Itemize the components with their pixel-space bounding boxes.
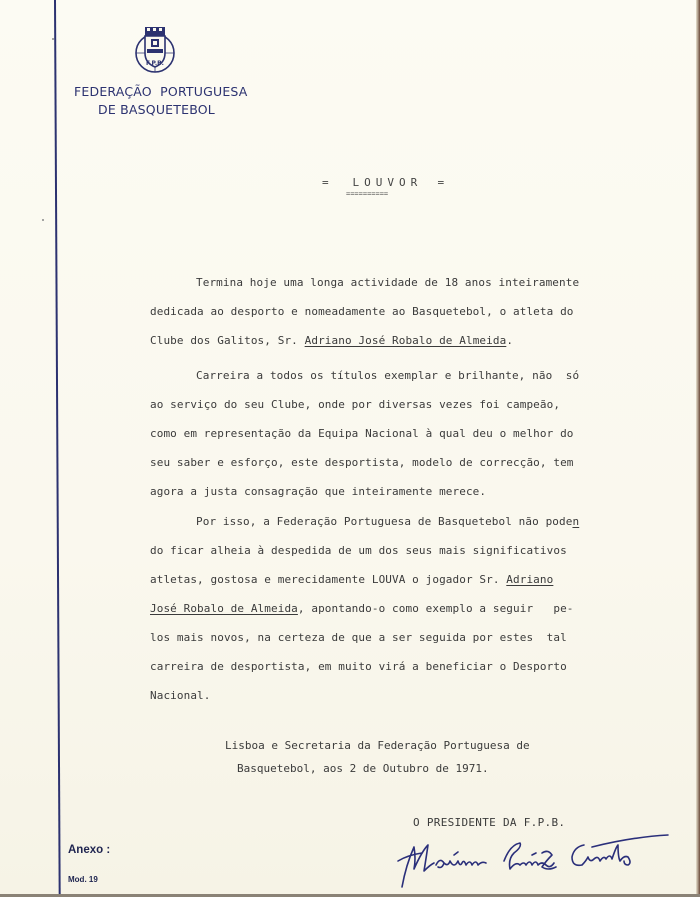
fpb-crest-icon: F.P.B. <box>134 25 176 75</box>
text-line: Termina hoje uma longa actividade de 18 … <box>150 268 630 297</box>
title-underline: ========== <box>346 190 388 198</box>
organization-name: FEDERAÇÃO PORTUGUESA DE BASQUETEBOL <box>74 83 239 119</box>
handwritten-signature <box>392 825 682 895</box>
text-span: atletas, gostosa e merecidamente LOUVA o… <box>150 573 506 586</box>
text-line: atletas, gostosa e merecidamente LOUVA o… <box>150 565 630 594</box>
text-span: , apontando-o como exemplo a seguir pe- <box>298 602 574 615</box>
org-name-line1: FEDERAÇÃO PORTUGUESA <box>74 83 239 101</box>
form-code: Mod. 19 <box>68 875 98 884</box>
athlete-name: Adriano José Robalo de Almeida <box>305 334 507 347</box>
text-line: carreira de desportista, em muito virá a… <box>150 652 630 681</box>
text-span: . <box>506 334 513 347</box>
text-line: dedicada ao desporto e nomeadamente ao B… <box>150 297 630 326</box>
closing-place-date: Lisboa e Secretaria da Federação Portugu… <box>225 734 530 780</box>
margin-rule <box>54 0 61 897</box>
paragraph-3: Por isso, a Federação Portuguesa de Basq… <box>150 507 630 710</box>
text-line: José Robalo de Almeida, apontando-o como… <box>150 594 630 623</box>
text-line: ao serviço do seu Clube, onde por divers… <box>150 390 630 419</box>
document-title: = LOUVOR = <box>322 176 445 189</box>
paper-edge-right <box>696 0 700 897</box>
annex-label: Anexo : <box>68 844 110 856</box>
paper-speck <box>52 38 54 40</box>
text-line: do ficar alheia à despedida de um dos se… <box>150 536 630 565</box>
text-span: Clube dos Galitos, Sr. <box>150 334 305 347</box>
text-line: Carreira a todos os títulos exemplar e b… <box>150 361 630 390</box>
closing-line-2: Basquetebol, aos 2 de Outubro de 1971. <box>225 757 530 780</box>
text-line: los mais novos, na certeza de que a ser … <box>150 623 630 652</box>
letter-page: F.P.B. FEDERAÇÃO PORTUGUESA DE BASQUETEB… <box>0 0 700 897</box>
org-name-line2: DE BASQUETEBOL <box>74 101 239 119</box>
text-span: Por isso, a Federação Portuguesa de Basq… <box>196 515 572 528</box>
title-suffix: = <box>438 176 446 189</box>
title-word: LOUVOR <box>353 176 423 189</box>
text-line: seu saber e esforço, este desportista, m… <box>150 448 630 477</box>
title-prefix: = <box>322 176 330 189</box>
text-line: agora a justa consagração que inteiramen… <box>150 477 630 506</box>
paragraph-2: Carreira a todos os títulos exemplar e b… <box>150 361 630 506</box>
athlete-name: Adriano <box>506 573 553 586</box>
paper-speck <box>42 219 44 221</box>
svg-text:F.P.B.: F.P.B. <box>146 60 164 67</box>
closing-line-1: Lisboa e Secretaria da Federação Portugu… <box>225 734 530 757</box>
paragraph-1: Termina hoje uma longa actividade de 18 … <box>150 268 630 355</box>
text-line: Clube dos Galitos, Sr. Adriano José Roba… <box>150 326 630 355</box>
athlete-name: José Robalo de Almeida <box>150 602 298 615</box>
text-line: como em representação da Equipa Nacional… <box>150 419 630 448</box>
text-line: Por isso, a Federação Portuguesa de Basq… <box>150 507 630 536</box>
text-line: Nacional. <box>150 681 630 710</box>
text-span: n <box>572 515 579 528</box>
